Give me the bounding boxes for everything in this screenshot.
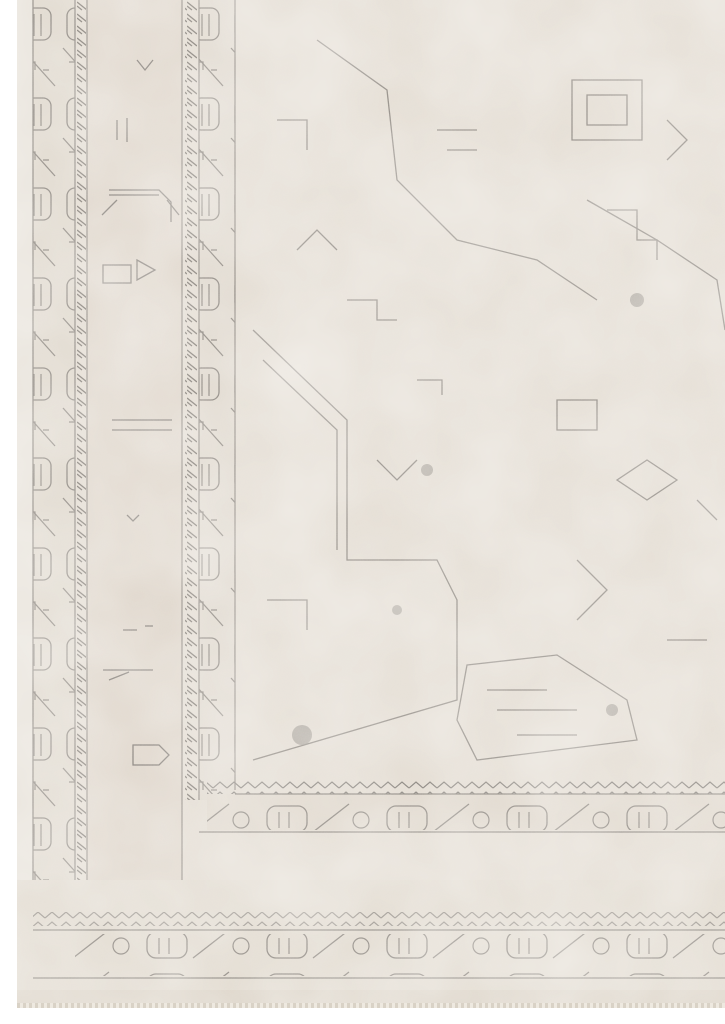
rug-photo [17, 0, 725, 1008]
rug-fringe-edge [17, 1003, 725, 1008]
rug-pattern-art [17, 0, 725, 1008]
